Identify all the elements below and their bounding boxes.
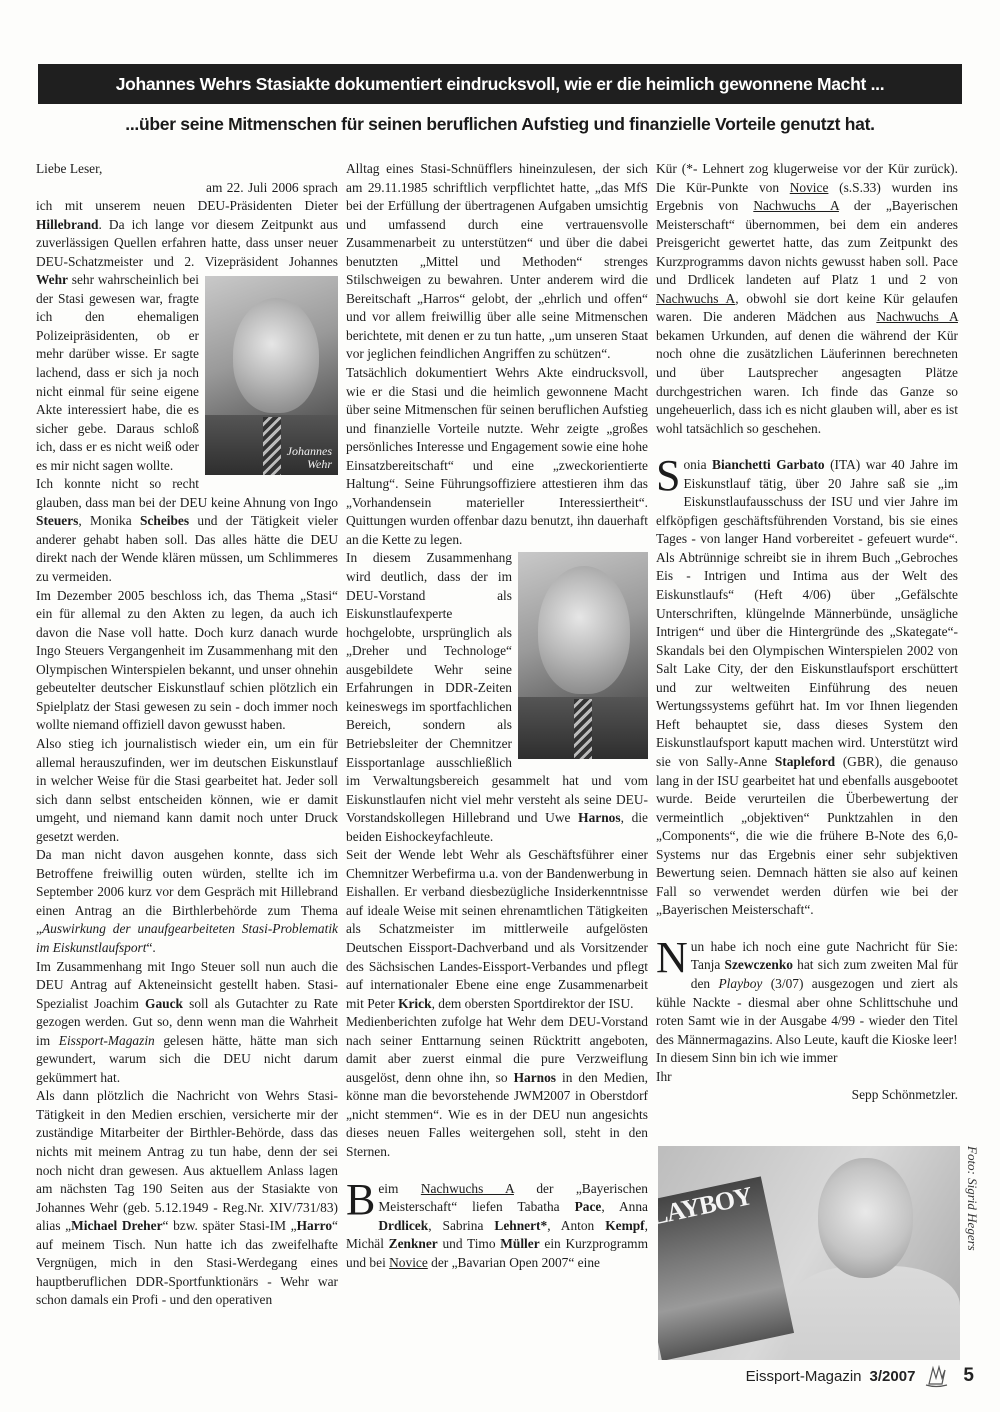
paragraph: Ich konnte nicht so recht glauben, dass … (36, 475, 338, 586)
playboy-magazine-image: PLAYBOY (658, 1176, 794, 1360)
paragraph-szewczenko: Nun habe ich noch eine gute Nachricht fü… (656, 938, 958, 1049)
link-novice: Novice (389, 1255, 428, 1270)
paragraph: Im Dezember 2005 beschloss ich, das Them… (36, 587, 338, 735)
closing-line: Ihr (656, 1068, 958, 1087)
headline-banner: Johannes Wehrs Stasiakte dokumentiert ei… (38, 64, 962, 104)
paragraph: Als dann plötzlich die Nachricht von Weh… (36, 1087, 338, 1310)
paragraph: Alltag eines Stasi-Schnüfflers hineinzul… (346, 160, 648, 364)
paragraph-nachwuchs: Beim Nachwuchs A der „Bayerischen Meiste… (346, 1180, 648, 1273)
paragraph: am 22. Juli 2006 sprach ich mit unserem … (36, 179, 338, 476)
photo-johannes-wehr: JohannesWehr (205, 276, 338, 475)
name-hillebrand: Hillebrand (36, 217, 99, 232)
article-column-3: Kür (*- Lehnert zog klugerweise vor der … (656, 160, 958, 1105)
skater-logo-icon (923, 1364, 949, 1388)
link-nachwuchs-a: Nachwuchs A (421, 1181, 514, 1196)
signature: Sepp Schönmetzler. (656, 1086, 958, 1105)
page-number: 5 (963, 1365, 974, 1387)
paragraph: Kür (*- Lehnert zog klugerweise vor der … (656, 160, 958, 438)
paragraph: Da man nicht davon ausgehen konnte, dass… (36, 846, 338, 957)
magazine-name: Eissport-Magazin (746, 1368, 862, 1385)
article-column-1: Liebe Leser, am 22. Juli 2006 sprach ich… (36, 160, 338, 1310)
photo-figure (788, 1266, 960, 1360)
drop-cap: B (346, 1182, 375, 1218)
photo-sepp-schoenmetzler: PLAYBOY (658, 1146, 960, 1360)
paragraph: Tatsächlich dokumentiert Wehrs Akte eind… (346, 364, 648, 549)
issue-number: 3/2007 (870, 1368, 916, 1385)
paragraph: Im Zusammenhang mit Ingo Steuer soll nun… (36, 958, 338, 1088)
photo-figure-head (818, 1158, 913, 1278)
paragraph: Medienberichten zufolge hat Wehr dem DEU… (346, 1013, 648, 1161)
name-wehr: Wehr (36, 272, 68, 287)
paragraph: Also stieg ich journalistisch wieder ein… (36, 735, 338, 846)
photo-caption: JohannesWehr (287, 445, 332, 471)
photo-credit: Foto: Sigrid Hegers (966, 1146, 980, 1306)
article-column-2: Alltag eines Stasi-Schnüfflers hineinzul… (346, 160, 648, 1272)
headline-text: Johannes Wehrs Stasiakte dokumentiert ei… (116, 74, 885, 95)
paragraph: Seit der Wende lebt Wehr als Geschäftsfü… (346, 846, 648, 1013)
salutation: Liebe Leser, (36, 160, 338, 179)
page-footer: Eissport-Magazin 3/2007 5 (746, 1364, 974, 1388)
photo-wehr-portrait (518, 552, 648, 759)
paragraph: In diesem Zusammenhang wird deutlich, da… (346, 549, 648, 846)
drop-cap: S (656, 458, 680, 494)
paragraph-bianchetti: Sonia Bianchetti Garbato (ITA) war 40 Ja… (656, 456, 958, 920)
drop-cap: N (656, 940, 688, 976)
subheadline: ...über seine Mitmenschen für seinen ber… (38, 114, 962, 135)
closing-line: In diesem Sinn bin ich wie immer (656, 1049, 958, 1068)
